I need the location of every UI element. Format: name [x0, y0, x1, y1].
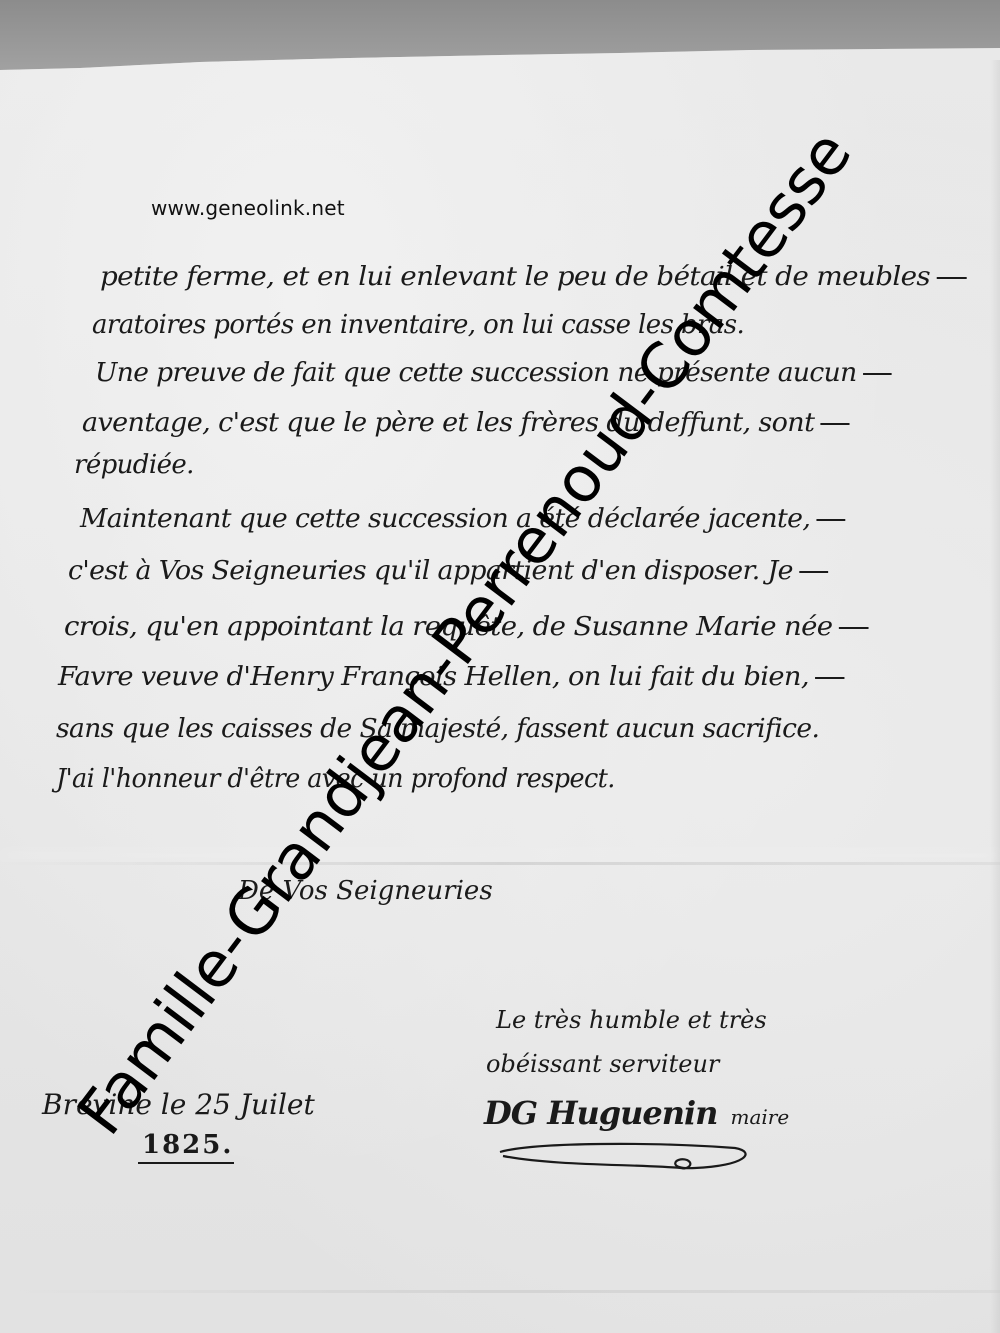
page-edge-shadow	[990, 60, 1000, 1333]
signature: DG Huguenin maire	[484, 1094, 789, 1132]
body-line: c'est à Vos Seigneuries qu'il appartient…	[68, 556, 828, 586]
signature-title: maire	[731, 1105, 790, 1129]
signature-name: DG Huguenin	[484, 1094, 717, 1132]
body-line: Maintenant que cette succession a été dé…	[80, 504, 845, 534]
body-line: Une preuve de fait que cette succession …	[95, 358, 891, 388]
paper-fold-line	[0, 862, 1000, 865]
date-year: 1825.	[142, 1130, 233, 1160]
paper-fold-line	[0, 1290, 1000, 1293]
body-line: petite ferme, et en lui enlevant le peu …	[100, 262, 966, 292]
closing-line: Le très humble et très	[496, 1006, 767, 1034]
body-line: aventage, c'est que le père et les frère…	[82, 408, 850, 438]
watermark-url: www.geneolink.net	[151, 196, 345, 220]
year-underline	[138, 1162, 234, 1164]
body-line: répudiée.	[74, 450, 194, 480]
closing-line: obéissant serviteur	[486, 1050, 719, 1078]
signature-flourish-icon	[495, 1138, 755, 1172]
